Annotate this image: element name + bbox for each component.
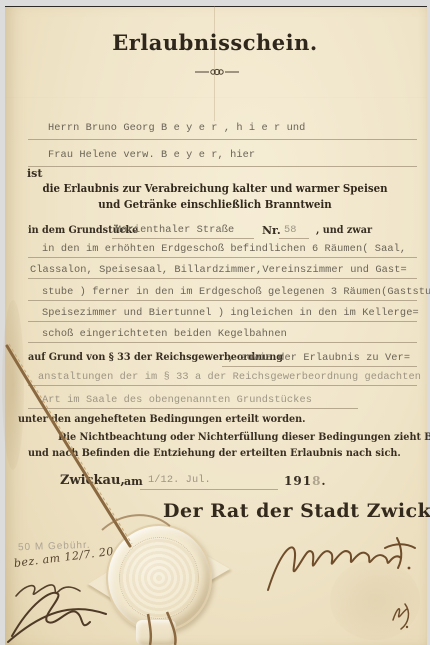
street-value: Marienthaler Straße [115,224,234,236]
underline-rule [28,300,417,301]
underline-rule [28,257,417,258]
underline-rule [112,238,254,239]
underline-rule [28,321,417,322]
underline-rule [28,166,417,167]
conditions-printed: unter den angehefteten Bedingungen ertei… [18,413,306,425]
legal-typed-line2: anstaltungen der im § 33 a der Reichsgew… [38,371,421,383]
ist-label: ist [27,167,42,180]
underline-rule [28,278,417,279]
warning-line-2: und nach Befinden die Entziehung der ert… [28,447,401,459]
fold-crease [5,97,427,98]
rooms-line: in den im erhöhten Erdgeschoß befindlich… [42,243,406,255]
rooms-line: schoß eingerichteten beiden Kegelbahnen [42,328,287,340]
recipient-line-1: Herrn Bruno Georg B e y e r , h i e r un… [48,122,305,134]
am-label: am [124,475,143,488]
seal-emboss-pattern [119,537,199,619]
rooms-line: Classalon, Speisesaal, Billardzimmer,Ver… [30,264,407,276]
scanned-document: Erlaubnisschein. Herrn Bruno Georg B e y… [0,0,430,645]
year-base: 191 [284,474,312,488]
warning-line-1: Die Nichtbeachtung oder Nichterfüllung d… [58,431,430,443]
underline-rule [28,385,417,386]
city-label: Zwickau, [60,473,125,488]
typed-date: 1/12. Jul. [148,474,211,486]
fold-crease [214,6,215,121]
rooms-line: stube ) ferner in den im Erdgeschoß gele… [42,286,430,298]
embossed-seal [92,520,224,645]
year-period: . [321,474,326,488]
underline-rule [28,342,417,343]
underline-rule [279,238,309,239]
seal-circle [106,524,212,632]
underline-rule [28,408,358,409]
grant-line-1: die Erlaubnis zur Verabreichung kalter u… [15,182,415,195]
property-suffix: , und zwar [316,224,372,236]
nr-label: Nr. [262,224,281,237]
recipient-line-2: Frau Helene verw. B e y e r, hier [48,149,255,161]
rooms-line: Speisezimmer und Biertunnel ) ingleichen… [42,307,419,319]
issuer-line: Der Rat der Stadt Zwickau. [163,500,430,522]
grant-line-2: und Getränke einschließlich Branntwein [15,198,415,211]
underline-rule [28,139,417,140]
year-printed: 1918. [284,474,327,488]
document-title: Erlaubnisschein. [0,30,430,55]
underline-rule [222,366,417,367]
year-suffix: 8 [312,474,321,488]
legal-typed-continuation: , sowie der Erlaubnis zu Ver= [228,352,410,364]
seal-ribbon-tail [136,620,176,645]
nr-value: 58 [284,224,297,236]
underline-rule [140,489,278,490]
legal-typed-line3: Art im Saale des obengenannten Grundstüc… [42,394,312,406]
